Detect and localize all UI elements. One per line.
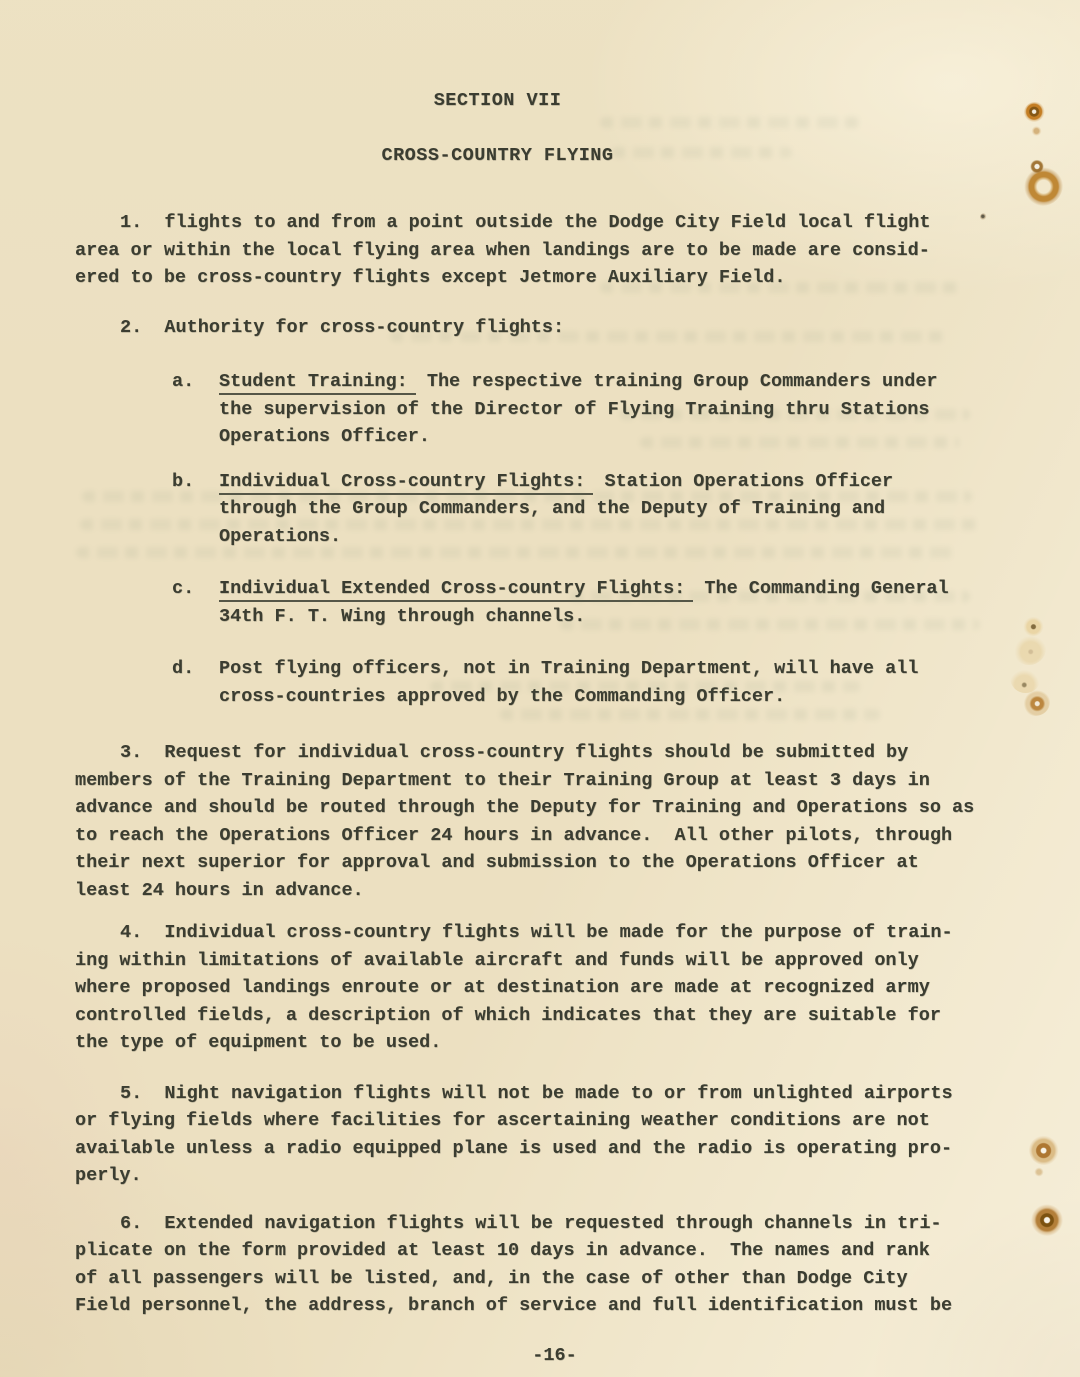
paragraph-line: 3. Request for individual cross-country …	[75, 739, 990, 767]
list-item-first-line: d.Post flying officers, not in Training …	[172, 655, 990, 683]
underlined-lead: Student Training:	[219, 371, 416, 395]
paragraph-line: of all passengers will be listed, and, i…	[75, 1265, 990, 1293]
item-letter: d.	[172, 655, 219, 683]
item-text: The Commanding General	[693, 578, 948, 599]
paragraph-line: advance and should be routed through the…	[75, 794, 990, 822]
paragraph-1: 1. flights to and from a point outside t…	[75, 209, 990, 292]
list-item-b: b.Individual Cross-country Flights: Stat…	[172, 468, 990, 551]
list-item-c: c.Individual Extended Cross-country Flig…	[172, 575, 990, 630]
paragraph-line: ing within limitations of available airc…	[75, 947, 990, 975]
scanned-document-page: SECTION VII CROSS-COUNTRY FLYING 1. flig…	[0, 0, 1080, 1377]
paragraph-line: or flying fields where facilities for as…	[75, 1107, 990, 1135]
underlined-lead: Individual Extended Cross-country Flight…	[219, 578, 693, 602]
section-subtitle: CROSS-COUNTRY FLYING	[75, 145, 920, 166]
underlined-lead: Individual Cross-country Flights:	[219, 471, 593, 495]
paragraph-4: 4. Individual cross-country flights will…	[75, 919, 990, 1057]
section-title: SECTION VII	[75, 90, 920, 111]
paragraph-line: 6. Extended navigation flights will be r…	[75, 1210, 990, 1238]
item-text: Station Operations Officer	[593, 471, 893, 492]
paragraph-line: 5. Night navigation flights will not be …	[75, 1080, 990, 1108]
paragraph-line: controlled fields, a description of whic…	[75, 1002, 990, 1030]
item-letter: c.	[172, 575, 219, 603]
item-letter: a.	[172, 368, 219, 396]
paragraph-2: 2. Authority for cross-country flights:	[75, 314, 990, 342]
list-item-first-line: b.Individual Cross-country Flights: Stat…	[172, 468, 990, 496]
paragraph-line: cross-countries approved by the Commandi…	[172, 683, 990, 711]
paragraph-line: least 24 hours in advance.	[75, 877, 990, 905]
paragraph-line: perly.	[75, 1162, 990, 1190]
paragraph-line: through the Group Commanders, and the De…	[172, 495, 990, 523]
paragraph-line: plicate on the form provided at least 10…	[75, 1237, 990, 1265]
paragraph-6: 6. Extended navigation flights will be r…	[75, 1210, 990, 1320]
paragraph-line: area or within the local flying area whe…	[75, 237, 990, 265]
item-text: Post flying officers, not in Training De…	[219, 658, 918, 679]
paragraph-line: the type of equipment to be used.	[75, 1029, 990, 1057]
paragraph-3: 3. Request for individual cross-country …	[75, 739, 990, 904]
paragraph-line: the supervision of the Director of Flyin…	[172, 396, 990, 424]
paragraph-5: 5. Night navigation flights will not be …	[75, 1080, 990, 1190]
paragraph-line: their next superior for approval and sub…	[75, 849, 990, 877]
typewritten-text-block: SECTION VII CROSS-COUNTRY FLYING 1. flig…	[0, 0, 1080, 1377]
paragraph-line: Field personnel, the address, branch of …	[75, 1292, 990, 1320]
paragraph-line: 1. flights to and from a point outside t…	[75, 209, 990, 237]
paragraph-line: available unless a radio equipped plane …	[75, 1135, 990, 1163]
page-number: -16-	[97, 1342, 1012, 1370]
item-text: The respective training Group Commanders…	[416, 371, 938, 392]
item-letter: b.	[172, 468, 219, 496]
list-item-a: a.Student Training: The respective train…	[172, 368, 990, 451]
list-item-first-line: c.Individual Extended Cross-country Flig…	[172, 575, 990, 603]
list-item-first-line: a.Student Training: The respective train…	[172, 368, 990, 396]
paragraph-line: to reach the Operations Officer 24 hours…	[75, 822, 990, 850]
paragraph-line: 2. Authority for cross-country flights:	[75, 314, 990, 342]
paragraph-line: ered to be cross-country flights except …	[75, 264, 990, 292]
paragraph-line: where proposed landings enroute or at de…	[75, 974, 990, 1002]
list-item-d: d.Post flying officers, not in Training …	[172, 655, 990, 710]
paragraph-line: 34th F. T. Wing through channels.	[172, 603, 990, 631]
paragraph-line: 4. Individual cross-country flights will…	[75, 919, 990, 947]
paragraph-line: Operations.	[172, 523, 990, 551]
paragraph-line: members of the Training Department to th…	[75, 767, 990, 795]
paragraph-line: Operations Officer.	[172, 423, 990, 451]
